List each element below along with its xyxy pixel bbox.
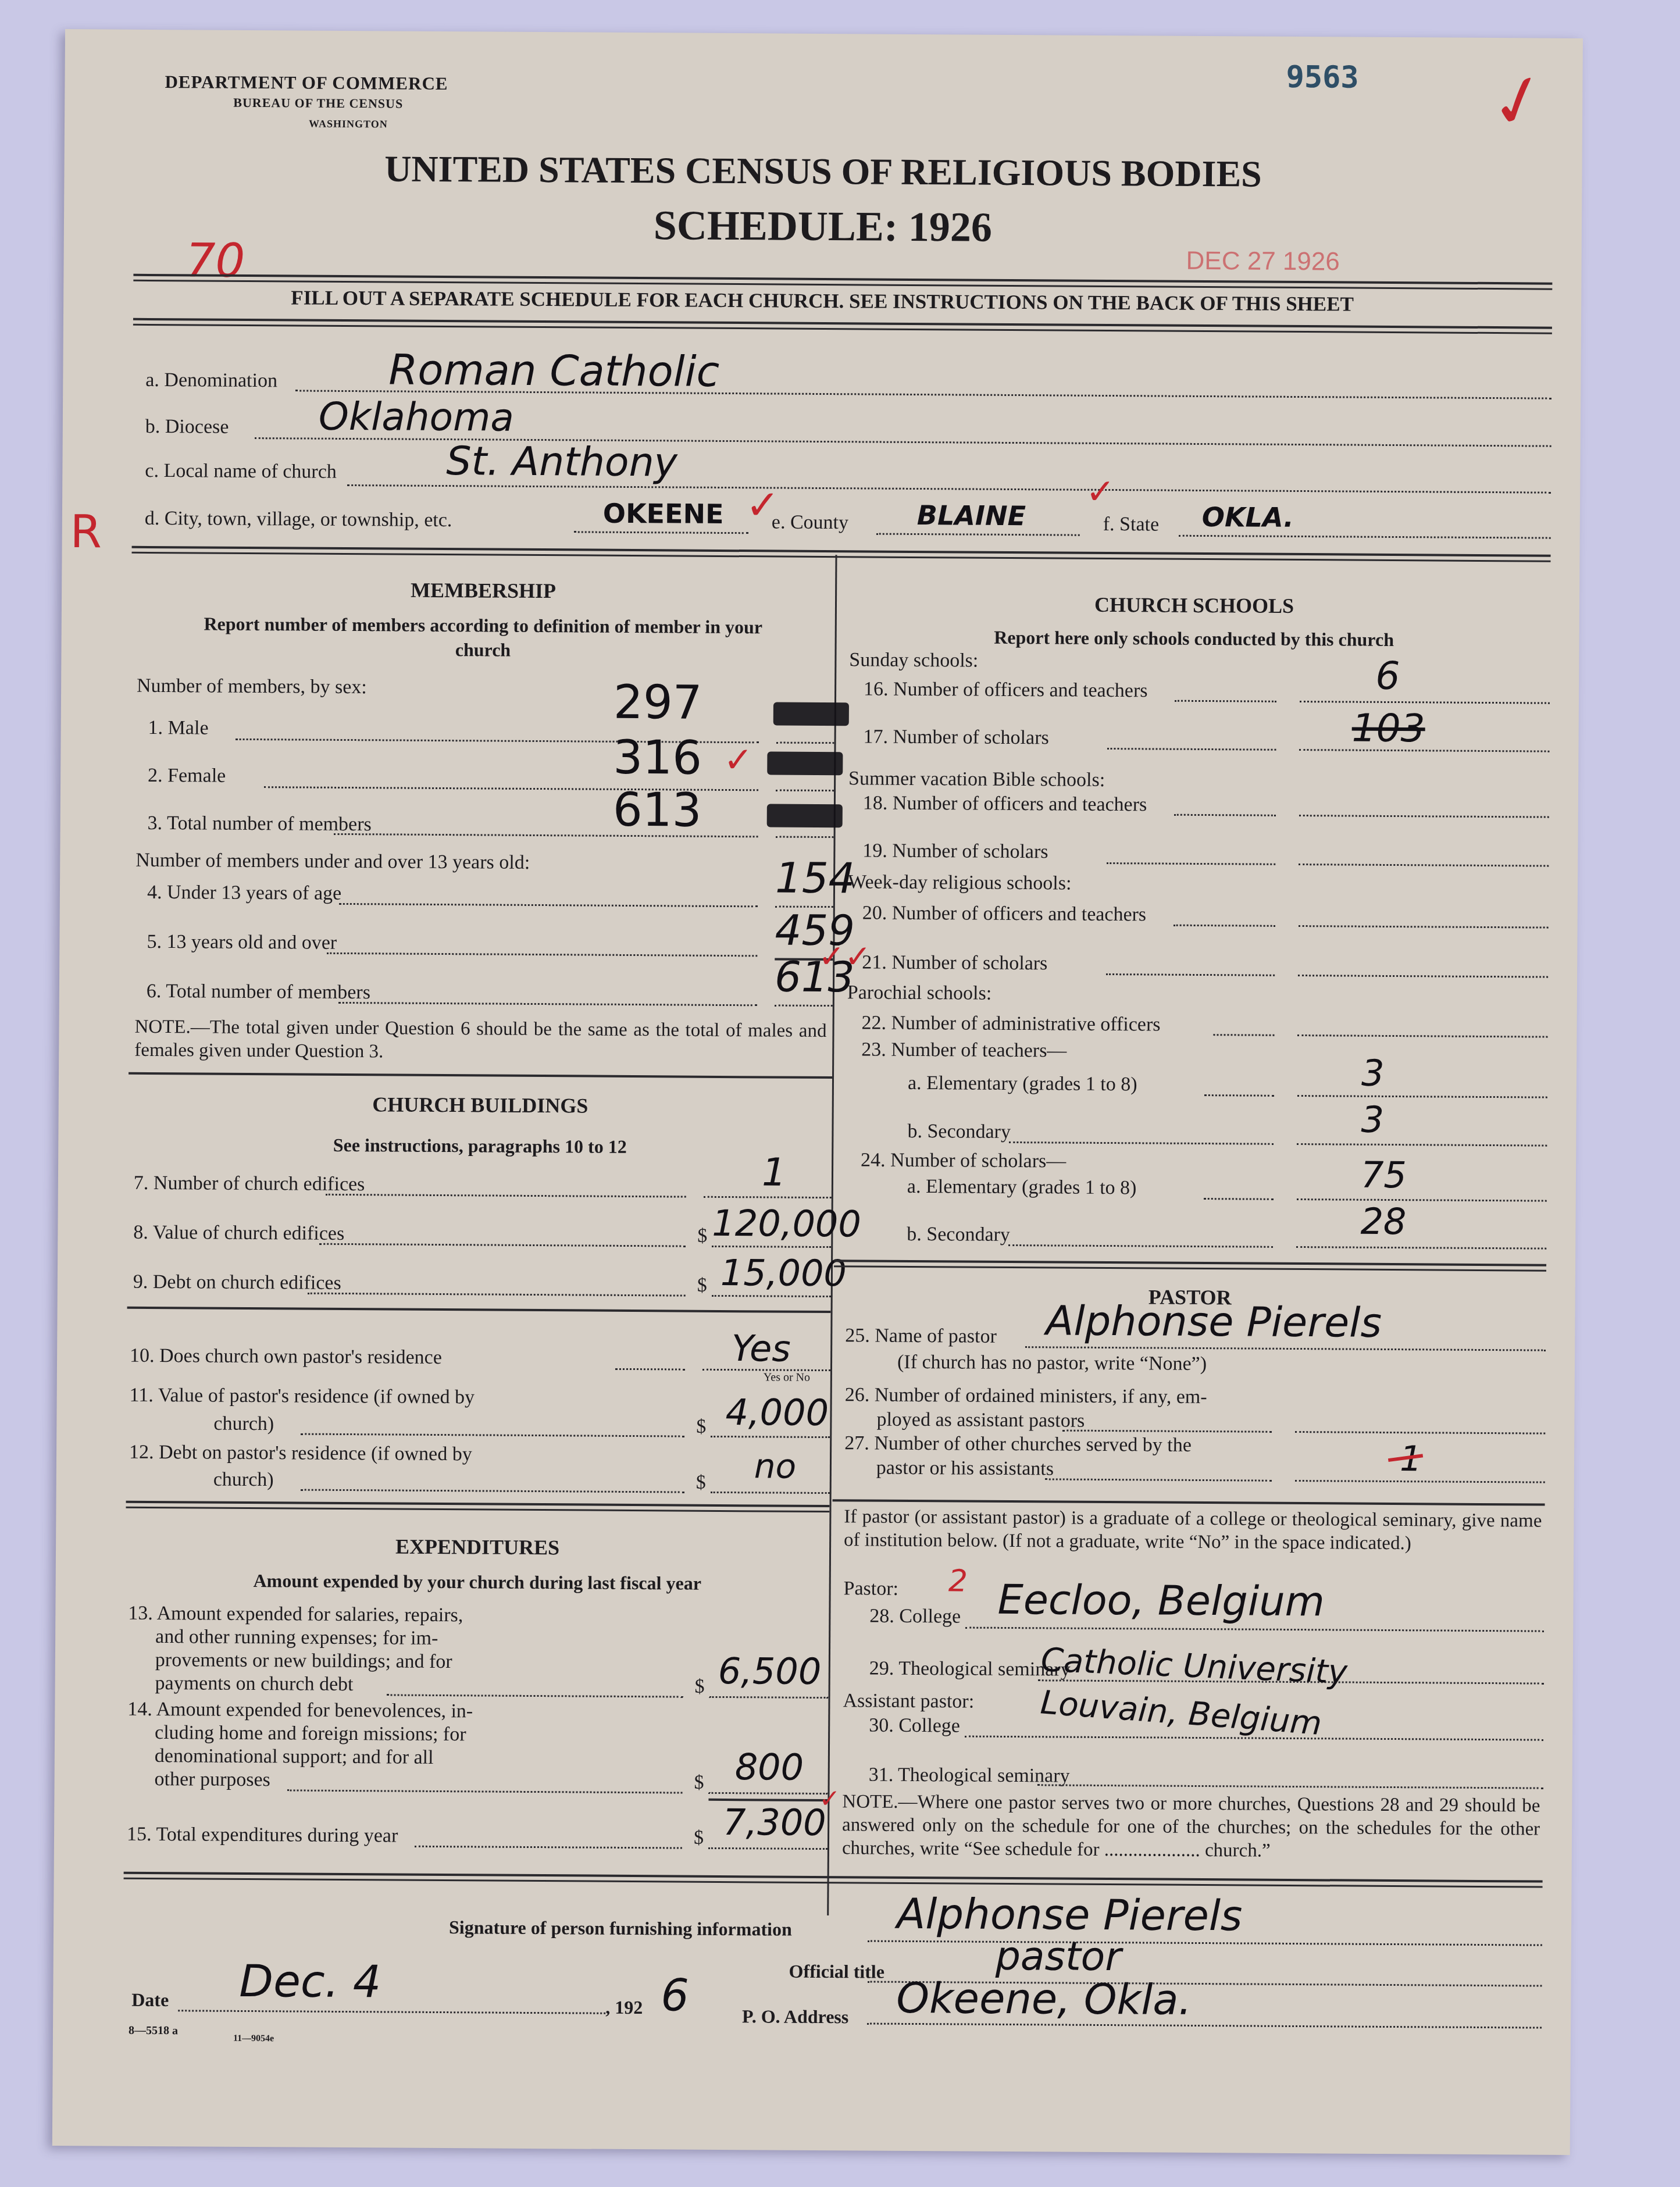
q17-label: 17. Number of scholars <box>863 726 1048 749</box>
dollar-sign: $ <box>694 1827 704 1849</box>
church-schools-subheading: Report here only schools conducted by th… <box>838 624 1550 652</box>
q14-line-2: denominational support; and for all <box>155 1745 434 1769</box>
date-line <box>178 2010 605 2014</box>
date-field[interactable]: Dec. 4 <box>239 1955 381 2007</box>
divider <box>132 546 1551 557</box>
female-members-field[interactable]: 316 <box>613 730 702 785</box>
q23-label: 23. Number of teachers— <box>861 1039 1067 1062</box>
q14-label: 14. Amount expended for benevolences, in… <box>127 1699 473 1723</box>
q3-line-right <box>776 836 834 839</box>
instruction-banner: FILL OUT A SEPARATE SCHEDULE FOR EACH CH… <box>63 285 1581 317</box>
divider <box>133 318 1552 329</box>
q18-line <box>1174 814 1276 816</box>
owns-residence-field[interactable]: Yes <box>732 1327 791 1370</box>
local-name-line <box>347 484 1551 494</box>
year-prefix: , 192 <box>605 1997 643 2018</box>
q31-line <box>1037 1784 1543 1789</box>
q21-line <box>1106 973 1275 976</box>
q14-line-right <box>709 1792 828 1794</box>
divider <box>127 1307 831 1313</box>
q6-line-right <box>775 1005 833 1007</box>
red-annotation-mark: 2 <box>948 1564 968 1599</box>
dollar-sign: $ <box>696 1472 706 1494</box>
sunday-schools-label: Sunday schools: <box>849 649 978 672</box>
form-title: UNITED STATES CENSUS OF RELIGIOUS BODIES <box>64 145 1582 198</box>
q11-label: 11. Value of pastor's residence (if owne… <box>130 1385 475 1409</box>
q14-line-3: other purposes <box>155 1768 270 1791</box>
q26-label: 26. Number of ordained ministers, if any… <box>845 1384 1207 1408</box>
q2-label: 2. Female <box>148 765 226 787</box>
q19-line-right <box>1299 864 1549 867</box>
department-heading: DEPARTMENT OF COMMERCE <box>165 72 448 94</box>
q17-line <box>1107 748 1276 751</box>
q21-label: 21. Number of scholars <box>862 951 1047 975</box>
expenditures-subheading: Amount expended by your church during la… <box>126 1568 829 1596</box>
red-checkmark-icon: ✓ <box>1480 55 1557 148</box>
q28-label: 28. College <box>869 1606 961 1628</box>
church-edifices-count-field[interactable]: 1 <box>762 1150 786 1194</box>
q24b-line-right <box>1296 1246 1546 1250</box>
q13-line <box>387 1694 683 1697</box>
washington-heading: WASHINGTON <box>309 118 388 131</box>
county-label: e. County <box>772 511 848 534</box>
q21-line-right <box>1298 975 1548 978</box>
official-title-label: Official title <box>789 1961 885 1983</box>
divider <box>126 1501 830 1507</box>
red-checkmark-icon: ✓ <box>723 740 753 780</box>
secondary-scholars-field[interactable]: 28 <box>1360 1200 1406 1243</box>
q11-line <box>301 1433 684 1437</box>
membership-note: NOTE.—The total given under Question 6 s… <box>134 1015 826 1066</box>
date-label: Date <box>131 1989 169 2011</box>
q25-hint: (If church has no pastor, write “None”) <box>897 1351 1207 1375</box>
q13-label: 13. Amount expended for salaries, repair… <box>128 1603 463 1627</box>
secondary-teachers-field[interactable]: 3 <box>1361 1098 1384 1141</box>
margin-letter-mark: R <box>70 506 102 558</box>
q24a-line <box>1204 1198 1274 1200</box>
q23a-label: a. Elementary (grades 1 to 8) <box>908 1072 1137 1096</box>
q3-label: 3. Total number of members <box>148 812 372 836</box>
city-label: d. City, town, village, or township, etc… <box>145 508 452 531</box>
local-name-label: c. Local name of church <box>145 460 337 483</box>
census-schedule-form: DEPARTMENT OF COMMERCE BUREAU OF THE CEN… <box>52 29 1583 2155</box>
q26-line <box>1062 1430 1272 1433</box>
pastor-college-field[interactable]: Eecloo, Belgium <box>997 1576 1325 1625</box>
q10-line <box>615 1368 685 1371</box>
q27-line <box>1045 1478 1272 1481</box>
church-schools-heading: CHURCH SCHOOLS <box>838 591 1550 619</box>
q4-line <box>339 903 758 907</box>
summer-schools-label: Summer vacation Bible schools: <box>848 768 1105 791</box>
q12-label-cont: church) <box>213 1469 274 1492</box>
church-buildings-subheading: See instructions, paragraphs 10 to 12 <box>128 1132 832 1160</box>
q20-label: 20. Number of officers and teachers <box>862 902 1147 926</box>
q6-line <box>338 1002 757 1006</box>
church-edifices-debt-field[interactable]: 15,000 <box>720 1251 847 1294</box>
q14-line-1: cluding home and foreign missions; for <box>155 1722 466 1746</box>
q18-line-right <box>1299 815 1549 818</box>
q1-label: 1. Male <box>148 717 209 740</box>
q23a-line <box>1204 1094 1274 1097</box>
q22-line <box>1213 1034 1274 1036</box>
q24b-label: b. Secondary <box>907 1223 1010 1246</box>
parochial-schools-label: Parochial schools: <box>847 982 992 1005</box>
q6-label: 6. Total number of members <box>147 980 370 1004</box>
pastor-seminary-field-cont[interactable]: Louvain, Belgium <box>1039 1683 1323 1743</box>
q20-line <box>1173 925 1275 927</box>
q15-line <box>415 1846 682 1849</box>
q8-label: 8. Value of church edifices <box>133 1222 344 1245</box>
print-code: 11—9054e <box>233 2033 274 2044</box>
q2-line-right <box>776 790 834 792</box>
elementary-scholars-field[interactable]: 75 <box>1361 1154 1407 1196</box>
pastor-subsection-label: Pastor: <box>844 1578 899 1600</box>
q7-line <box>326 1194 686 1198</box>
by-age-label: Number of members under and over 13 year… <box>135 850 530 874</box>
divider <box>124 1872 1543 1883</box>
received-date-stamp: DEC 27 1926 <box>1186 247 1339 277</box>
denomination-field[interactable]: Roman Catholic <box>388 345 719 395</box>
signature-label: Signature of person furnishing informati… <box>449 1917 792 1940</box>
q15-line-right <box>708 1847 827 1850</box>
weekday-schools-label: Week-day religious schools: <box>848 871 1072 894</box>
sunday-officers-field[interactable]: 6 <box>1375 654 1400 698</box>
q27-label: 27. Number of other churches served by t… <box>844 1432 1192 1457</box>
q15-label: 15. Total expenditures during year <box>127 1824 398 1847</box>
schedule-year-title: SCHEDULE: 1926 <box>64 198 1582 255</box>
city-field[interactable]: OKEENE <box>603 498 724 530</box>
q12-label: 12. Debt on pastor's residence (if owned… <box>129 1442 472 1466</box>
q8-line-right <box>712 1246 831 1248</box>
q9-label: 9. Debt on church edifices <box>133 1271 341 1294</box>
q23b-label: b. Secondary <box>907 1121 1011 1143</box>
q13-line-1: and other running expenses; for im- <box>155 1626 438 1650</box>
yes-or-no-hint: Yes or No <box>764 1371 810 1384</box>
q18-label: 18. Number of officers and teachers <box>863 792 1147 816</box>
crossed-out-value <box>773 702 849 726</box>
q5-line <box>327 952 757 957</box>
q22-label: 22. Number of administrative officers <box>861 1012 1160 1036</box>
q7-label: 7. Number of church edifices <box>134 1172 365 1196</box>
form-number: 8—5518 a <box>129 2024 178 2038</box>
state-label: f. State <box>1103 513 1160 536</box>
q24-label: 24. Number of scholars— <box>861 1149 1066 1172</box>
crossed-out-value <box>767 751 843 775</box>
q4-label: 4. Under 13 years of age <box>147 882 341 905</box>
graduate-instructions: If pastor (or assistant pastor) is a gra… <box>844 1505 1542 1555</box>
divider <box>834 1260 1546 1266</box>
church-buildings-heading: CHURCH BUILDINGS <box>129 1091 832 1119</box>
q26-line-right <box>1295 1431 1545 1435</box>
dollar-sign: $ <box>697 1225 707 1247</box>
state-line <box>1179 535 1551 539</box>
elementary-teachers-field[interactable]: 3 <box>1361 1052 1385 1094</box>
q9-line <box>308 1293 686 1297</box>
q16-label: 16. Number of officers and teachers <box>864 678 1148 702</box>
benevolences-field[interactable]: 800 <box>735 1746 804 1789</box>
denomination-label: a. Denomination <box>145 369 277 392</box>
q12-line-right <box>711 1492 830 1494</box>
q25-label: 25. Name of pastor <box>845 1325 997 1348</box>
total-members-field[interactable]: 613 <box>613 783 702 837</box>
q16-line <box>1175 700 1276 702</box>
pastor-note: NOTE.—Where one pastor serves two or mor… <box>842 1790 1540 1864</box>
q13-line-3: payments on church debt <box>155 1672 354 1696</box>
total-members-by-age-field[interactable]: 613 <box>775 952 855 1002</box>
pastor-name-field[interactable]: Alphonse Pierels <box>1046 1297 1382 1347</box>
signature-field[interactable]: Alphonse Pierels <box>897 1889 1243 1940</box>
file-number-stamp: 9563 <box>1286 60 1359 95</box>
running-expenses-field[interactable]: 6,500 <box>718 1650 822 1693</box>
q13-line-2: provements or new buildings; and for <box>155 1649 452 1673</box>
q14-line <box>287 1789 683 1793</box>
state-field[interactable]: OKLA. <box>1202 501 1294 533</box>
q23b-line-right <box>1297 1143 1547 1147</box>
diocese-field[interactable]: Oklahoma <box>319 394 514 440</box>
po-address-line <box>867 2023 1542 2029</box>
q11-label-cont: church) <box>213 1413 274 1436</box>
crossed-out-value <box>767 804 843 827</box>
dollar-sign: $ <box>695 1676 705 1698</box>
dollar-sign: $ <box>697 1275 707 1297</box>
q13-line-right <box>709 1696 829 1699</box>
q19-label: 19. Number of scholars <box>862 840 1048 863</box>
q22-line-right <box>1297 1034 1547 1038</box>
signature-line <box>868 1940 1542 1946</box>
q19-line <box>1107 862 1275 865</box>
q23a-line-right <box>1297 1095 1547 1098</box>
q20-line-right <box>1299 925 1549 929</box>
assistant-pastor-label: Assistant pastor: <box>843 1690 974 1713</box>
male-members-field[interactable]: 297 <box>613 675 702 730</box>
q30-label: 30. College <box>869 1715 960 1738</box>
q23b-line <box>1009 1141 1274 1145</box>
total-expenditures-field[interactable]: 7,300 <box>723 1801 826 1844</box>
by-sex-label: Number of members, by sex: <box>137 675 367 698</box>
city-line <box>574 531 748 534</box>
sunday-scholars-field[interactable]: 103 <box>1351 706 1425 751</box>
divider <box>129 1072 832 1079</box>
year-field[interactable]: 6 <box>661 1969 689 2021</box>
divider <box>833 1499 1545 1505</box>
official-title-field[interactable]: pastor <box>996 1933 1122 1980</box>
q16-line-right <box>1300 701 1550 704</box>
county-line <box>876 533 1080 536</box>
q26-label-cont: ployed as assistant pastors <box>876 1409 1085 1432</box>
church-edifices-value-field[interactable]: 120,000 <box>712 1202 861 1246</box>
expenditures-heading: EXPENDITURES <box>126 1533 829 1561</box>
diocese-label: b. Diocese <box>145 416 229 438</box>
po-address-field[interactable]: Okeene, Okla. <box>896 1974 1192 2024</box>
under-13-field[interactable]: 154 <box>775 854 855 903</box>
q25-line <box>1025 1346 1546 1351</box>
po-address-label: P. O. Address <box>742 2006 848 2028</box>
dollar-sign: $ <box>696 1416 706 1438</box>
membership-heading: MEMBERSHIP <box>131 576 835 605</box>
county-field[interactable]: BLAINE <box>917 500 1026 531</box>
q7-line-right <box>704 1196 832 1198</box>
residence-debt-field[interactable]: no <box>754 1446 797 1486</box>
q24a-line-right <box>1297 1198 1547 1202</box>
q12-line <box>301 1489 684 1493</box>
q28-line <box>965 1627 1544 1632</box>
q9-line-right <box>712 1295 831 1297</box>
residence-value-field[interactable]: 4,000 <box>725 1391 829 1434</box>
q10-label: 10. Does church own pastor's residence <box>130 1345 442 1369</box>
dollar-sign: $ <box>694 1772 704 1794</box>
red-checkmark-icon: ✓ <box>1086 472 1115 512</box>
bureau-heading: BUREAU OF THE CENSUS <box>233 95 403 112</box>
q24a-label: a. Elementary (grades 1 to 8) <box>907 1176 1137 1199</box>
q24b-line <box>1008 1244 1273 1248</box>
pastor-seminary-field[interactable]: Catholic University <box>1040 1641 1349 1692</box>
q8-line <box>319 1243 686 1247</box>
membership-subheading: Report number of members according to de… <box>189 611 776 663</box>
q27-label-cont: pastor or his assistants <box>876 1457 1054 1480</box>
q1-line-right <box>776 742 834 744</box>
local-church-name-field[interactable]: St. Anthony <box>446 438 677 486</box>
q5-label: 5. 13 years old and over <box>147 931 337 954</box>
q27-line-right <box>1295 1480 1545 1483</box>
q11-line-right <box>711 1436 830 1438</box>
